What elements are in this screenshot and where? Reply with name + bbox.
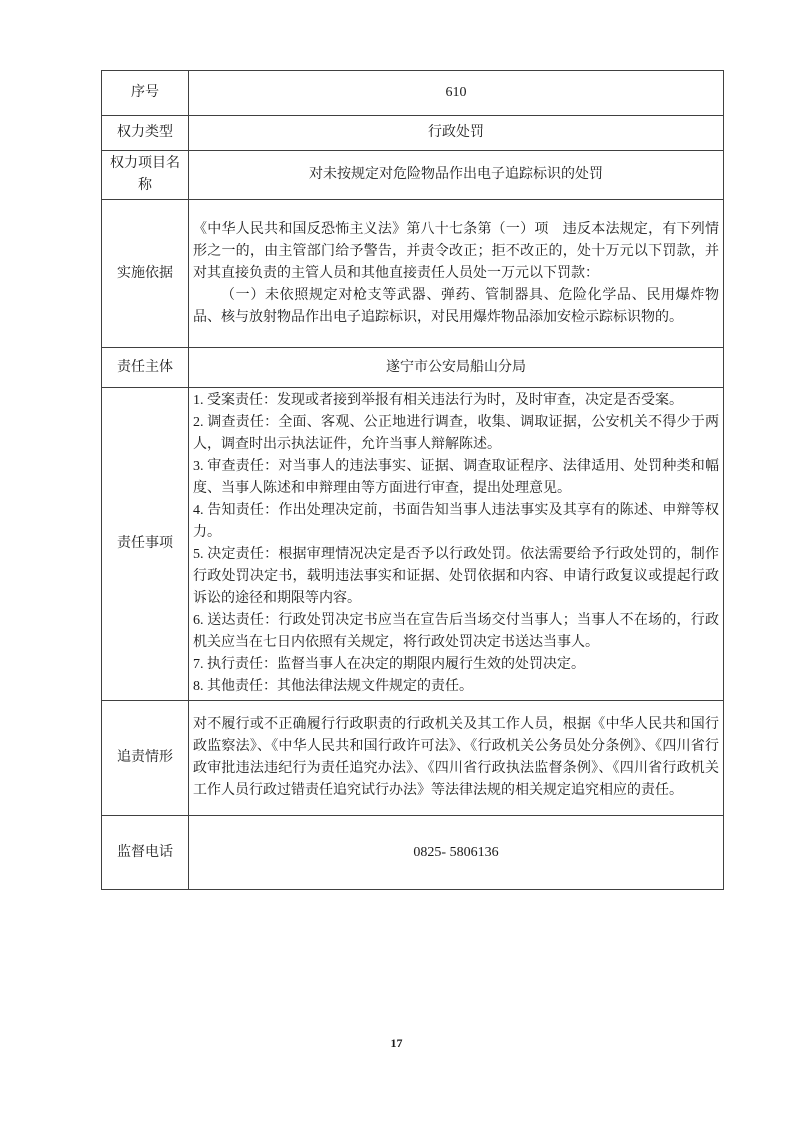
row-value-serial-number: 610 [189,71,724,116]
responsibility-item: 5. 决定责任：根据审理情况决定是否予以行政处罚。依法需要给予行政处罚的，制作行… [193,544,719,610]
responsibility-item: 1. 受案责任：发现或者接到举报有相关违法行为时，及时审查，决定是否受案。 [193,390,719,412]
responsibility-item: 6. 送达责任：行政处罚决定书应当在宣告后当场交付当事人；当事人不在场的，行政机… [193,610,719,654]
row-value-power-type: 行政处罚 [189,116,724,151]
accountability-paragraph: 对不履行或不正确履行行政职责的行政机关及其工作人员，根据《中华人民共和国行政监察… [193,714,719,802]
row-label-implementation-basis: 实施依据 [102,200,189,348]
power-item-table: 序号 610 权力类型 行政处罚 权力项目名称 对未按规定对危险物品作出电子追踪… [101,70,724,890]
table-row-serial-number: 序号 610 [102,71,724,116]
table-row-power-type: 权力类型 行政处罚 [102,116,724,151]
table-row-responsibility-items: 责任事项 1. 受案责任：发现或者接到举报有相关违法行为时，及时审查，决定是否受… [102,388,724,701]
row-value-supervision-phone: 0825- 5806136 [189,816,724,890]
row-label-power-item-name: 权力项目名称 [102,151,189,200]
row-value-accountability-circumstances: 对不履行或不正确履行行政职责的行政机关及其工作人员，根据《中华人民共和国行政监察… [189,701,724,816]
responsibility-item: 3. 审查责任：对当事人的违法事实、证据、调查取证程序、法律适用、处罚种类和幅度… [193,456,719,500]
row-value-responsibility-items: 1. 受案责任：发现或者接到举报有相关违法行为时，及时审查，决定是否受案。 2.… [189,388,724,701]
table-row-responsible-entity: 责任主体 遂宁市公安局船山分局 [102,348,724,388]
responsibility-item: 4. 告知责任：作出处理决定前，书面告知当事人违法事实及其享有的陈述、申辩等权力… [193,500,719,544]
document-page: 序号 610 权力类型 行政处罚 权力项目名称 对未按规定对危险物品作出电子追踪… [0,0,793,1122]
row-label-supervision-phone: 监督电话 [102,816,189,890]
table-row-supervision-phone: 监督电话 0825- 5806136 [102,816,724,890]
basis-paragraph: （一）未依照规定对枪支等武器、弹药、管制器具、危险化学品、民用爆炸物品、核与放射… [193,285,719,329]
row-value-power-item-name: 对未按规定对危险物品作出电子追踪标识的处罚 [189,151,724,200]
table-row-implementation-basis: 实施依据 《中华人民共和国反恐怖主义法》第八十七条第（一）项 违反本法规定，有下… [102,200,724,348]
basis-paragraph: 《中华人民共和国反恐怖主义法》第八十七条第（一）项 违反本法规定，有下列情形之一… [193,219,719,285]
row-value-implementation-basis: 《中华人民共和国反恐怖主义法》第八十七条第（一）项 违反本法规定，有下列情形之一… [189,200,724,348]
row-label-accountability-circumstances: 追责情形 [102,701,189,816]
row-value-responsible-entity: 遂宁市公安局船山分局 [189,348,724,388]
responsibility-item: 2. 调查责任：全面、客观、公正地进行调查，收集、调取证据，公安机关不得少于两人… [193,412,719,456]
table-row-power-item-name: 权力项目名称 对未按规定对危险物品作出电子追踪标识的处罚 [102,151,724,200]
page-number: 17 [0,1036,793,1051]
table-row-accountability-circumstances: 追责情形 对不履行或不正确履行行政职责的行政机关及其工作人员，根据《中华人民共和… [102,701,724,816]
row-label-serial-number: 序号 [102,71,189,116]
responsibility-item: 7. 执行责任：监督当事人在决定的期限内履行生效的处罚决定。 [193,654,719,676]
responsibility-item: 8. 其他责任：其他法律法规文件规定的责任。 [193,676,719,698]
row-label-power-type: 权力类型 [102,116,189,151]
row-label-responsible-entity: 责任主体 [102,348,189,388]
row-label-responsibility-items: 责任事项 [102,388,189,701]
